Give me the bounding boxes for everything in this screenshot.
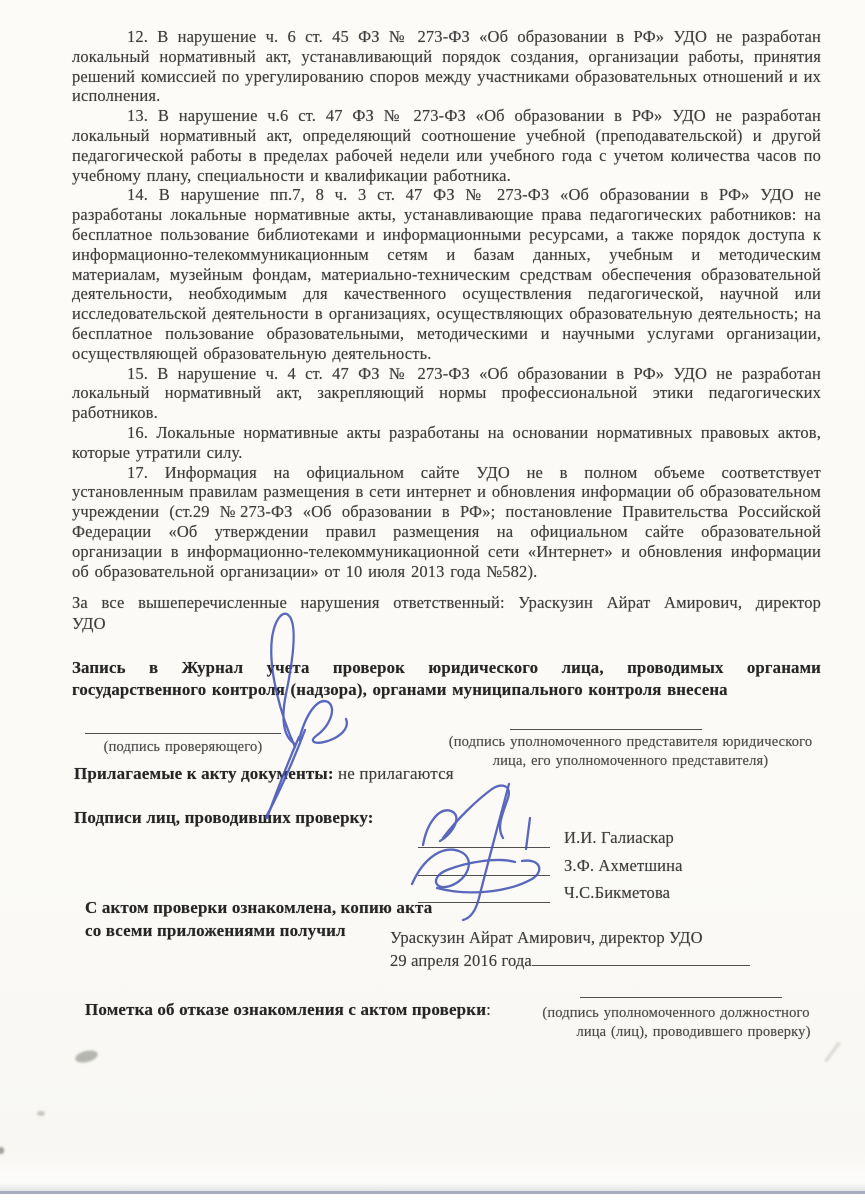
- inspector-row: З.Ф. Ахметшина: [418, 848, 683, 875]
- scanner-bed-strip: [0, 1194, 865, 1200]
- representative-caption-line-2: лица, его уполномоченного представителя): [443, 752, 818, 771]
- paragraph-14: 14. В нарушение пп.7, 8 ч. 3 ст. 47 ФЗ №…: [72, 185, 821, 363]
- inspector-name-2: З.Ф. Ахметшина: [564, 856, 683, 876]
- inspector-row: И.И. Галиаскар: [418, 821, 683, 848]
- inspectors-signatures-label: Подписи лиц, проводивших проверку:: [74, 808, 374, 828]
- refusal-note-label: Пометка об отказе ознакомления с актом п…: [85, 1000, 491, 1020]
- refusal-caption-line-2: лица (лиц), проводившего проверку): [575, 1023, 812, 1042]
- inspector-name-1: И.И. Галиаскар: [564, 828, 674, 848]
- journal-line-1: Запись в Журнал учета проверок юридическ…: [72, 657, 821, 679]
- refusal-signature-line: [580, 984, 782, 998]
- inspector-signature-line: [85, 720, 281, 734]
- inspector-row: Ч.С.Бикметова: [418, 876, 683, 903]
- attached-documents-value: не прилагаются: [338, 764, 454, 783]
- responsible-statement: За все вышеперечисленные нарушения ответ…: [72, 592, 821, 634]
- acknowledgment-date: 29 апреля 2016 года: [390, 951, 532, 970]
- paragraph-12: 12. В нарушение ч. 6 ст. 45 ФЗ № 273-ФЗ …: [72, 27, 821, 106]
- date-signature-line: [532, 950, 750, 966]
- scan-smudge: [824, 1041, 841, 1062]
- paragraph-13: 13. В нарушение ч.6 ст. 47 ФЗ № 273-ФЗ «…: [72, 106, 821, 185]
- paragraph-16: 16. Локальные нормативные акты разработа…: [72, 423, 821, 463]
- paragraph-15: 15. В нарушение ч. 4 ст. 47 ФЗ № 273-ФЗ …: [72, 364, 821, 423]
- journal-line-2: государственного контроля (надзора), орг…: [72, 679, 821, 701]
- attached-documents-row: Прилагаемые к акту документы: не прилага…: [74, 764, 454, 784]
- inspector-signature-ink: [266, 614, 347, 818]
- journal-entry-statement: Запись в Журнал учета проверок юридическ…: [72, 657, 821, 701]
- responsible-line-2: УДО: [72, 613, 821, 634]
- refusal-caption-line-1: (подпись уполномоченного должностного: [540, 1004, 812, 1023]
- acknowledgment-line-1: С актом проверки ознакомлена, копию акта: [85, 896, 445, 919]
- scan-smudge: [0, 1147, 4, 1154]
- violations-section: 12. В нарушение ч. 6 ст. 45 ФЗ № 273-ФЗ …: [72, 27, 821, 581]
- inspector-signature-caption: (подпись проверяющего): [85, 738, 281, 757]
- acknowledgment-date-row: 29 апреля 2016 года: [390, 950, 750, 971]
- inspector-name-3: Ч.С.Бикметова: [564, 883, 670, 903]
- refusal-signature-caption: (подпись уполномоченного должностного ли…: [540, 1004, 812, 1041]
- responsible-line-1: За все вышеперечисленные нарушения ответ…: [72, 592, 821, 613]
- representative-signature-line: [510, 716, 702, 730]
- attached-documents-label: Прилагаемые к акту документы:: [74, 764, 334, 783]
- scan-smudge: [74, 1048, 99, 1064]
- inspector-sign-line-1: [418, 827, 550, 848]
- scan-smudge: [37, 1111, 45, 1116]
- representative-caption-line-1: (подпись уполномоченного представителя ю…: [443, 733, 818, 752]
- scanned-inspection-act-page: 12. В нарушение ч. 6 ст. 45 ФЗ № 273-ФЗ …: [0, 0, 865, 1200]
- paragraph-17: 17. Информация на официальном сайте УДО …: [72, 463, 821, 582]
- representative-signature-caption: (подпись уполномоченного представителя ю…: [443, 733, 818, 770]
- inspectors-list: И.И. Галиаскар З.Ф. Ахметшина Ч.С.Бикмет…: [418, 821, 683, 903]
- director-name: Ураскузин Айрат Амирович, директор УДО: [390, 928, 703, 948]
- inspector-sign-line-2: [418, 855, 550, 876]
